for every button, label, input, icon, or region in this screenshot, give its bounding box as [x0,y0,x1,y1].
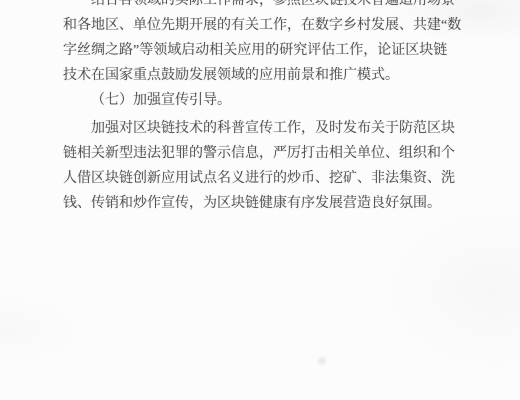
paragraph-research-evaluation: 结合各领域的实际工作需求，参照区块链技术普遍适用场景 和各地区、单位先期开展的有… [63,0,473,88]
text-line: 字丝绸之路”等领域启动相关应用的研究评估工作，论证区块链 [63,38,473,63]
scan-smudge [315,356,329,366]
section-heading-line: （七）加强宣传引导。 [63,88,473,113]
paragraph-section-heading: （七）加强宣传引导。 [63,88,473,113]
text-line: 人借区块链创新应用试点名义进行的炒币、挖矿、非法集资、洗 [63,166,473,191]
text-line: 加强对区块链技术的科普宣传工作，及时发布关于防范区块 [63,116,473,141]
paragraph-publicity-guidance: 加强对区块链技术的科普宣传工作，及时发布关于防范区块 链相关新型违法犯罪的警示信… [63,116,473,216]
document-page: 结合各领域的实际工作需求，参照区块链技术普遍适用场景 和各地区、单位先期开展的有… [0,0,520,400]
text-line: 和各地区、单位先期开展的有关工作，在数字乡村发展、共建“数 [63,13,473,38]
text-line: 链相关新型违法犯罪的警示信息，严厉打击相关单位、组织和个 [63,141,473,166]
document-text: 结合各领域的实际工作需求，参照区块链技术普遍适用场景 和各地区、单位先期开展的有… [63,0,473,216]
text-line: 钱、传销和炒作宣传，为区块链健康有序发展营造良好氛围。 [63,191,473,216]
text-line: 技术在国家重点鼓励发展领域的应用前景和推广模式。 [63,63,473,88]
text-line: 结合各领域的实际工作需求，参照区块链技术普遍适用场景 [63,0,473,13]
